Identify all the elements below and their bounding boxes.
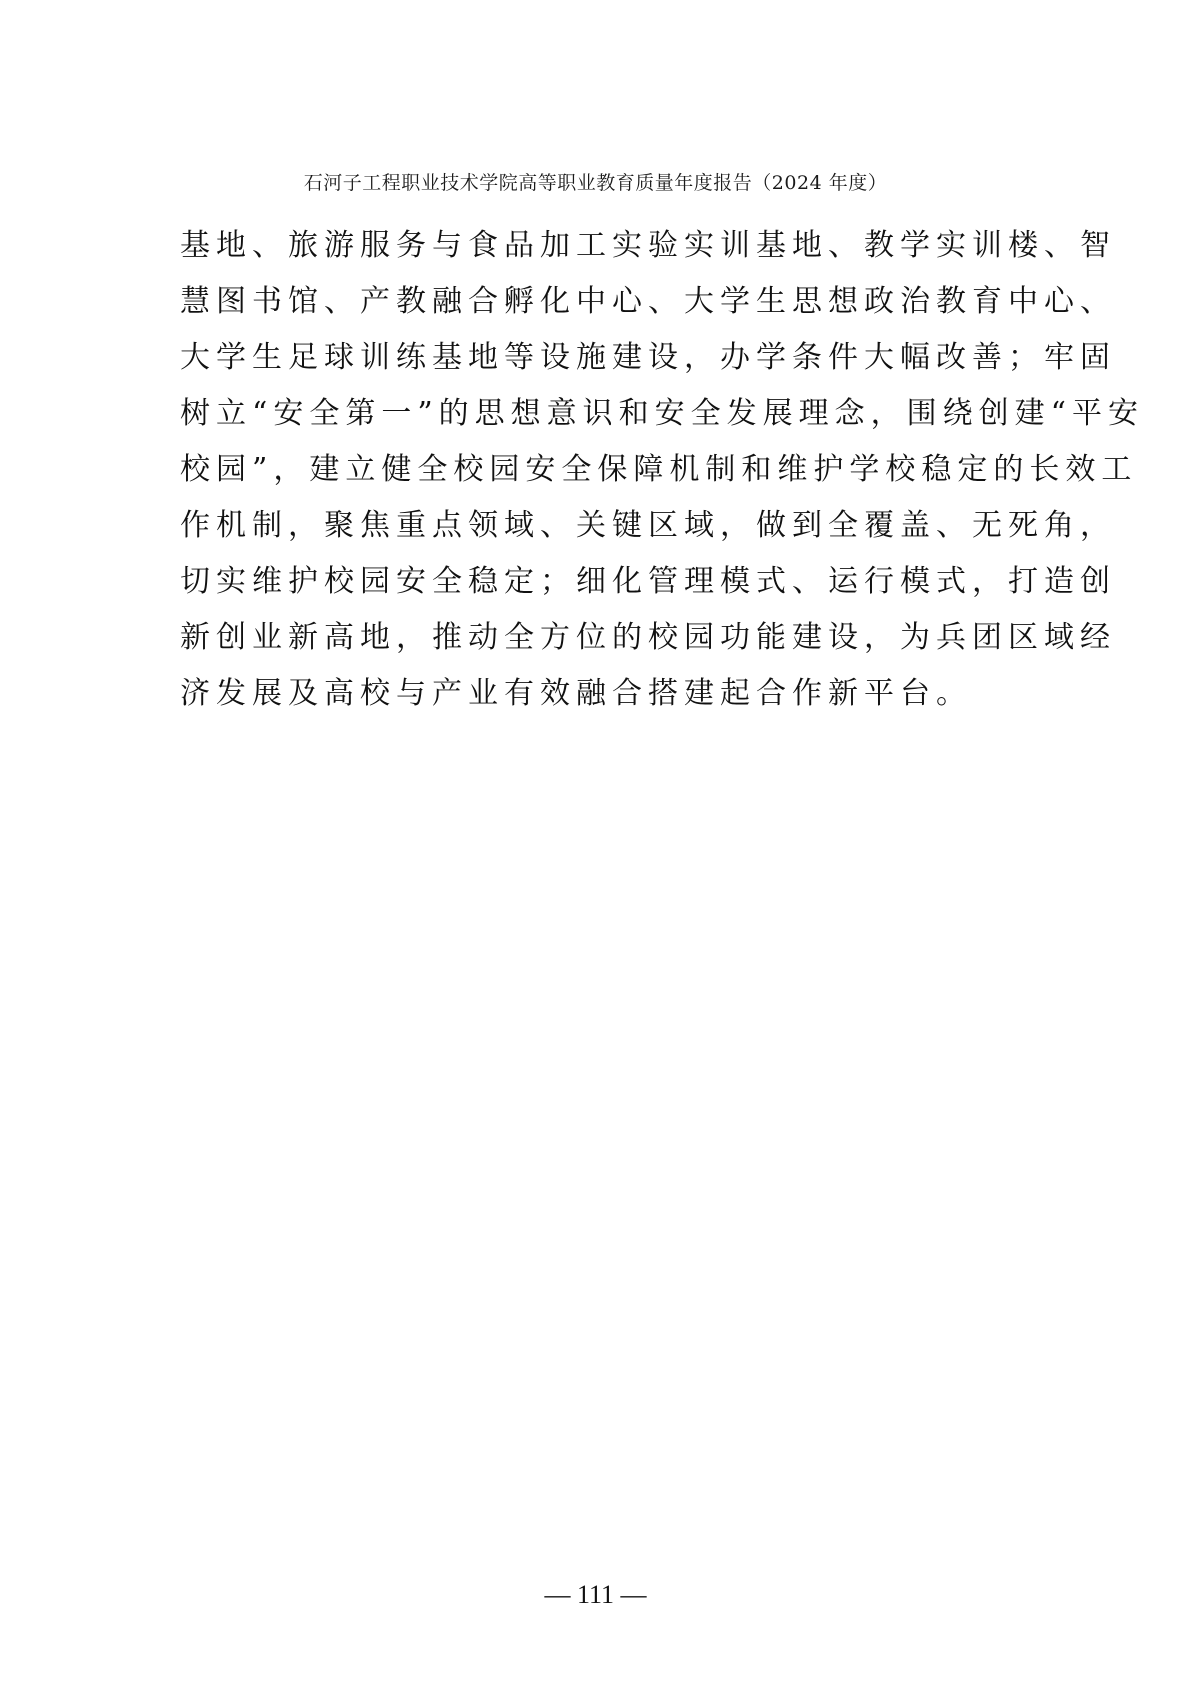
paragraph-line: 基地、旅游服务与食品加工实验实训基地、教学实训楼、智 <box>180 218 1020 274</box>
paragraph-line: 校园”，建立健全校园安全保障机制和维护学校稳定的长效工 <box>180 442 1020 498</box>
paragraph-line: 慧图书馆、产教融合孵化中心、大学生思想政治教育中心、 <box>180 274 1020 330</box>
paragraph-line: 树立“安全第一”的思想意识和安全发展理念，围绕创建“平安 <box>180 386 1020 442</box>
paragraph-line: 切实维护校园安全稳定；细化管理模式、运行模式，打造创 <box>180 554 1020 610</box>
report-title: 石河子工程职业技术学院高等职业教育质量年度报告（2024 年度） <box>304 172 887 194</box>
paragraph-line: 大学生足球训练基地等设施建设，办学条件大幅改善；牢固 <box>180 330 1020 386</box>
paragraph-line: 济发展及高校与产业有效融合搭建起合作新平台。 <box>180 666 1020 722</box>
paragraph-line: 作机制，聚焦重点领域、关键区域，做到全覆盖、无死角， <box>180 498 1020 554</box>
page-header: 石河子工程职业技术学院高等职业教育质量年度报告（2024 年度） <box>0 170 1191 196</box>
body-paragraph: 基地、旅游服务与食品加工实验实训基地、教学实训楼、智 慧图书馆、产教融合孵化中心… <box>180 218 1020 722</box>
page-footer: — 111 — <box>0 1580 1191 1610</box>
page-number: — 111 — <box>544 1580 646 1609</box>
paragraph-line: 新创业新高地，推动全方位的校园功能建设，为兵团区域经 <box>180 610 1020 666</box>
